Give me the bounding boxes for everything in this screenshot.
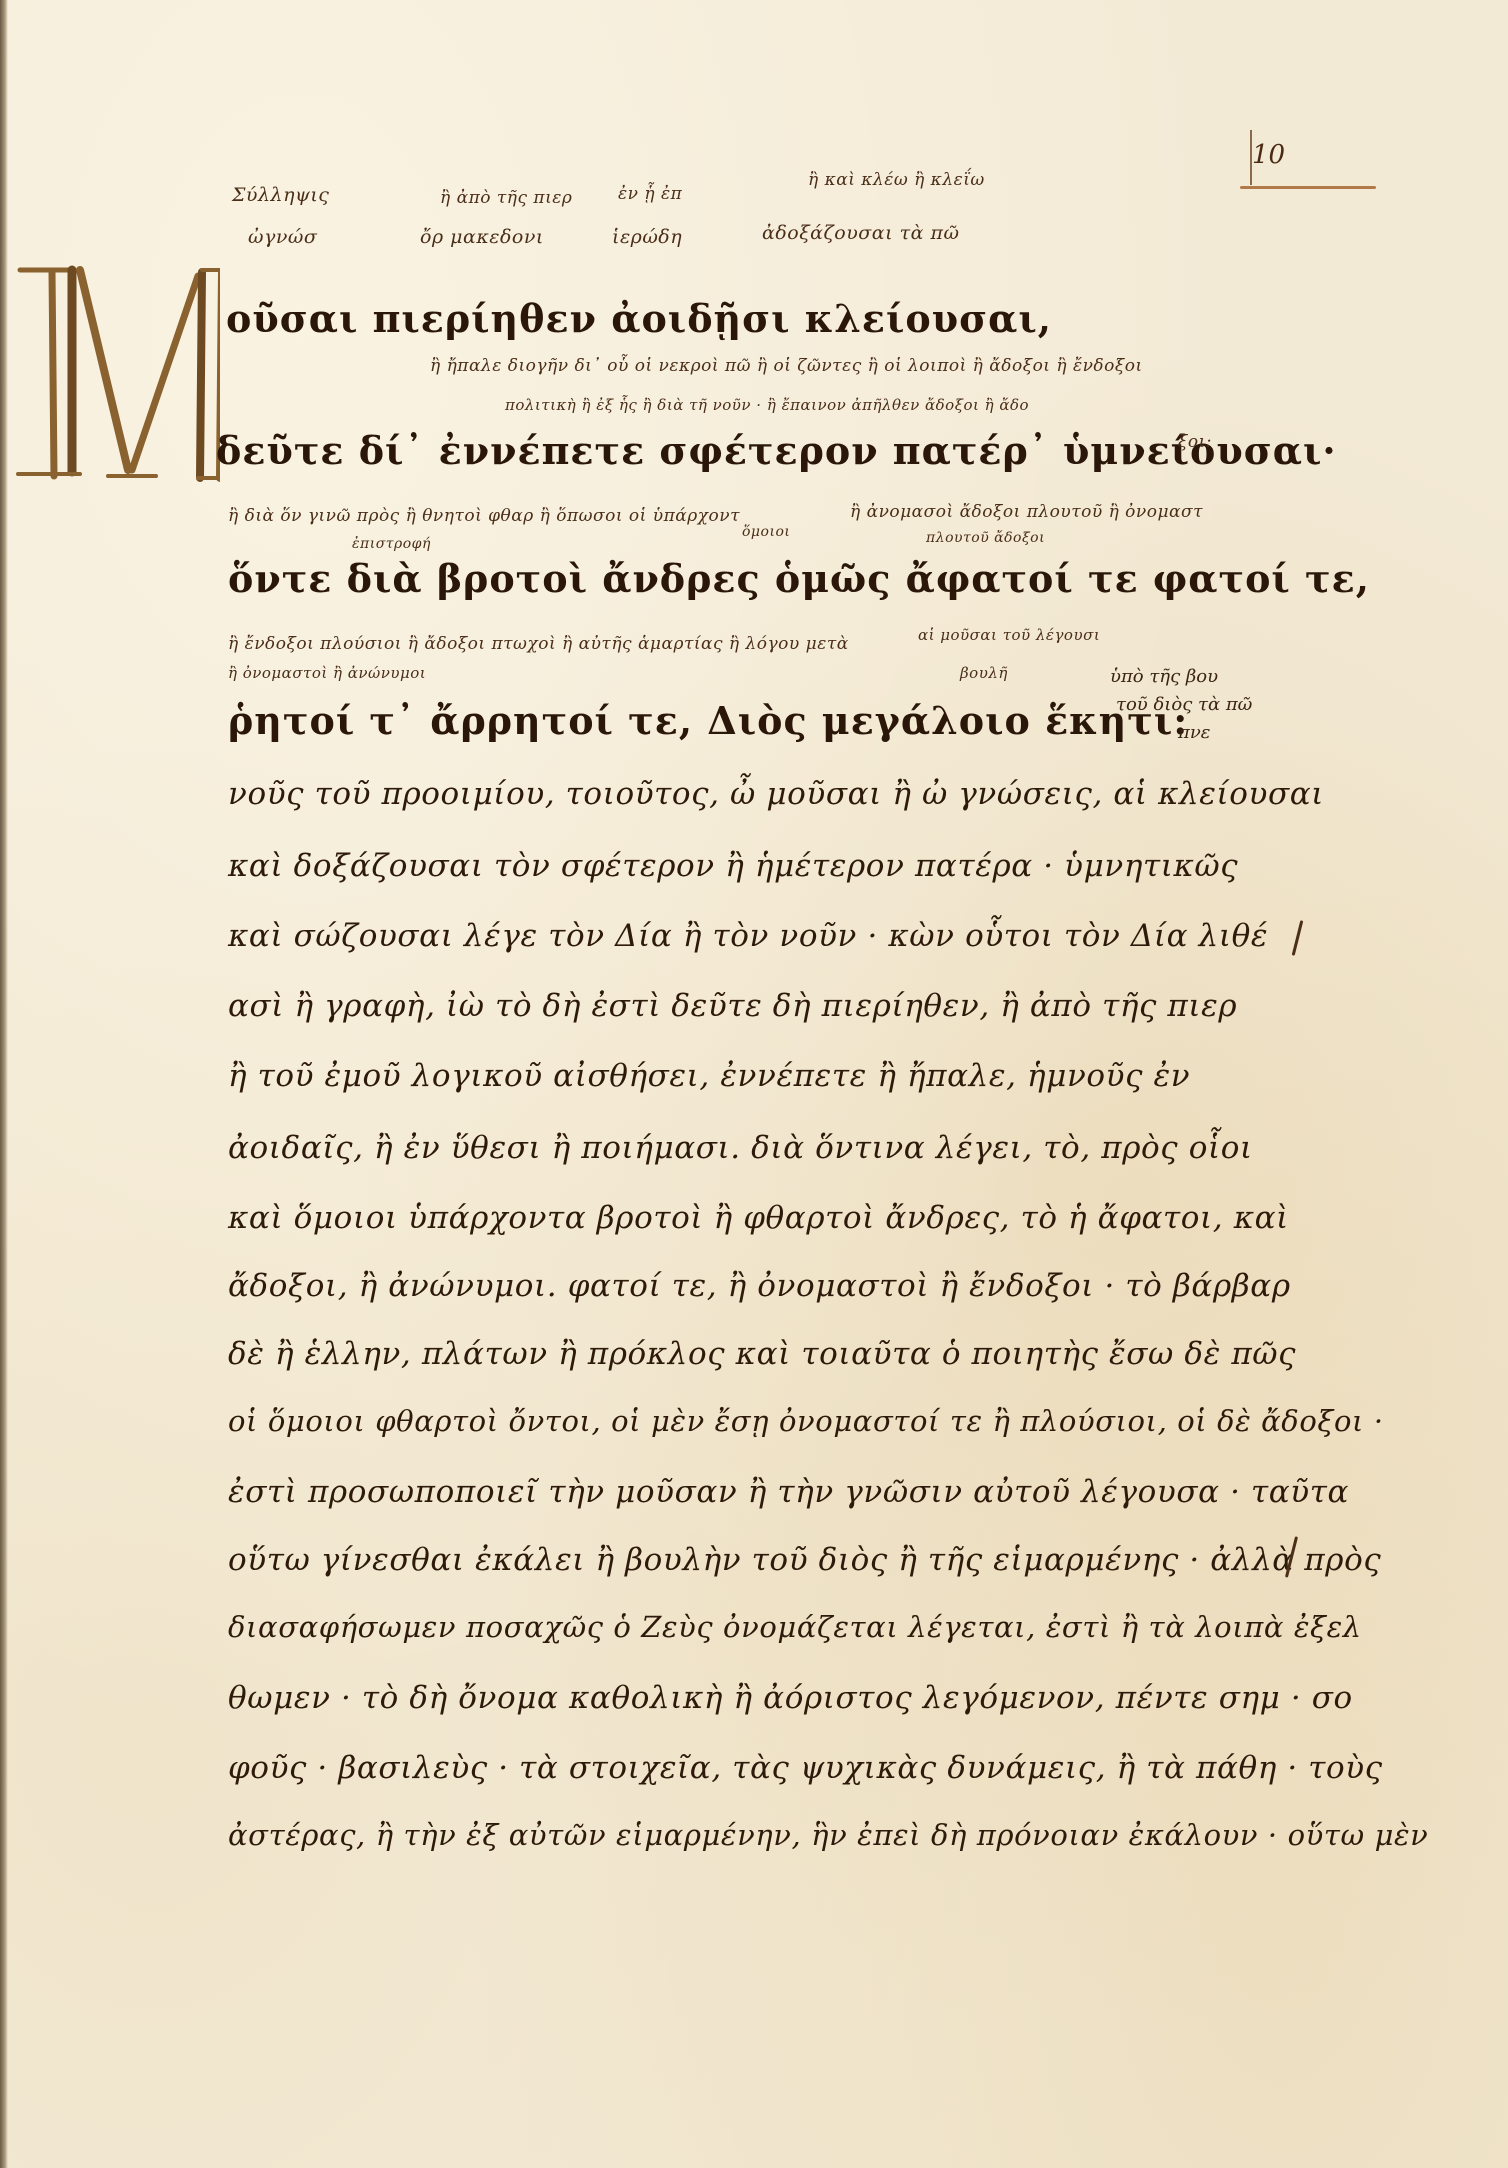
interlinear-gloss: ἢ ἀνομασοὶ ἄδοξοι πλουτοῦ ἢ ὀνομαστ (850, 502, 1203, 522)
gloss: ἐν ᾗ ἐπ (618, 184, 682, 204)
gloss: ὄρ μακεδονι (420, 226, 544, 248)
margin-stroke (1292, 920, 1304, 956)
commentary-line: διασαφήσωμεν ποσαχῶς ὁ Ζεὺς ὀνομάζεται λ… (228, 1610, 1362, 1644)
gloss: ἢ ἀπὸ τῆς πιερ (440, 188, 572, 208)
interlinear-gloss: ξοι: (1178, 432, 1212, 452)
gloss: ἀδοξάζουσαι τὰ πῶ (762, 222, 959, 244)
commentary-line: καὶ δοξάζουσαι τὸν σφέτερον ἢ ἡμέτερον π… (228, 848, 1238, 884)
margin-note-line: τοῦ διὸς τὰ πῶ (1116, 692, 1252, 718)
commentary-line: νοῦς τοῦ προοιμίου, τοιοῦτος, ὦ μοῦσαι ἢ… (228, 776, 1324, 812)
decorated-initial-m (10, 262, 220, 484)
verse-line-2: δεῦτε δί᾽ ἐννέπετε σφέτερον πατέρ᾽ ὑμνεί… (216, 428, 1337, 473)
gloss: ὠγνώσ (248, 226, 317, 248)
gloss: ἢ καὶ κλέω ἢ κλεΐω (808, 170, 985, 190)
binding-edge (0, 0, 8, 2168)
gloss: ἱερώδη (612, 226, 682, 248)
margin-note-line: πνε (1178, 720, 1210, 746)
interlinear-gloss: ἢ διὰ ὅν γινῶ πρὸς ἢ θνητοὶ φθαρ ἢ ὅπωσο… (228, 506, 740, 526)
commentary-line: θωμεν · τὸ δὴ ὄνομα καθολικὴ ἢ ἀόριστος … (228, 1680, 1353, 1716)
verse-line-3: ὅντε διὰ βροτοὶ ἄνδρες ὁμῶς ἄφατοί τε φα… (228, 556, 1370, 601)
interlinear-gloss: ἢ ἤπαλε διογῆν δι᾽ οὗ οἱ νεκροὶ πῶ ἢ οἱ … (430, 356, 1143, 376)
verse-line-4: ῥητοί τ᾽ ἄρρητοί τε, Διὸς μεγάλοιο ἕκητι… (228, 698, 1188, 743)
commentary-line: οἱ ὅμοιοι φθαρτοὶ ὄντοι, οἱ μὲν ἔσῃ ὀνομ… (228, 1404, 1384, 1438)
gloss-syllepsis: Σύλληψις (232, 184, 329, 206)
commentary-line: φοῦς · βασιλεὺς · τὰ στοιχεῖα, τὰς ψυχικ… (228, 1750, 1383, 1786)
interlinear-gloss: ἢ ἔνδοξοι πλούσιοι ἢ ἄδοξοι πτωχοὶ ἢ αὐτ… (228, 634, 849, 654)
commentary-line: καὶ ὅμοιοι ὑπάρχοντα βροτοὶ ἢ φθαρτοὶ ἄν… (228, 1200, 1289, 1236)
commentary-line: ἢ τοῦ ἐμοῦ λογικοῦ αἰσθήσει, ἐννέπετε ἢ … (228, 1058, 1190, 1094)
folio-number: 10 (1252, 140, 1285, 170)
margin-note-line: ὑπὸ τῆς βου (1110, 664, 1218, 690)
commentary-line: καὶ σώζουσαι λέγε τὸν Δία ἢ τὸν νοῦν · κ… (228, 918, 1268, 954)
interlinear-gloss: ὅμοιοι (742, 524, 790, 540)
verse-line-1: οῦσαι πιερίηθεν ἀοιδῇσι κλείουσαι, (226, 296, 1052, 341)
interlinear-gloss: πλουτοῦ ἄδοξοι (926, 530, 1045, 546)
interlinear-gloss: πολιτικὴ ἢ ἐξ ἧς ἢ διὰ τῆ νοῦν · ἢ ἔπαιν… (505, 396, 1029, 414)
commentary-line: ἄδοξοι, ἢ ἀνώνυμοι. φατοί τε, ἢ ὀνομαστο… (228, 1268, 1291, 1304)
folio-rule-horizontal (1240, 186, 1376, 189)
commentary-line: ἀστέρας, ἢ τὴν ἐξ αὐτῶν εἱμαρμένην, ἣν ἐ… (228, 1818, 1428, 1852)
interlinear-gloss: αἱ μοῦσαι τοῦ λέγουσι (918, 626, 1100, 644)
interlinear-gloss: ἢ ὀνομαστοὶ ἢ ἀνώνυμοι (228, 664, 426, 682)
commentary-line: ασὶ ἢ γραφὴ, ἰὼ τὸ δὴ ἐστὶ δεῦτε δὴ πιερ… (228, 988, 1237, 1024)
interlinear-gloss: βουλῆ (960, 664, 1008, 682)
commentary-line: οὕτω γίνεσθαι ἐκάλει ἢ βουλὴν τοῦ διὸς ἢ… (228, 1542, 1381, 1578)
commentary-line: ἐστὶ προσωποποιεῖ τὴν μοῦσαν ἢ τὴν γνῶσι… (228, 1474, 1349, 1510)
commentary-line: ἀοιδαῖς, ἢ ἐν ὕθεσι ἢ ποιήμασι. διὰ ὅντι… (228, 1130, 1253, 1166)
interlinear-gloss: ἐπιστροφή (352, 536, 431, 552)
commentary-line: δὲ ἢ ἑλλην, πλάτων ἢ πρόκλος καὶ τοιαῦτα… (228, 1336, 1296, 1372)
